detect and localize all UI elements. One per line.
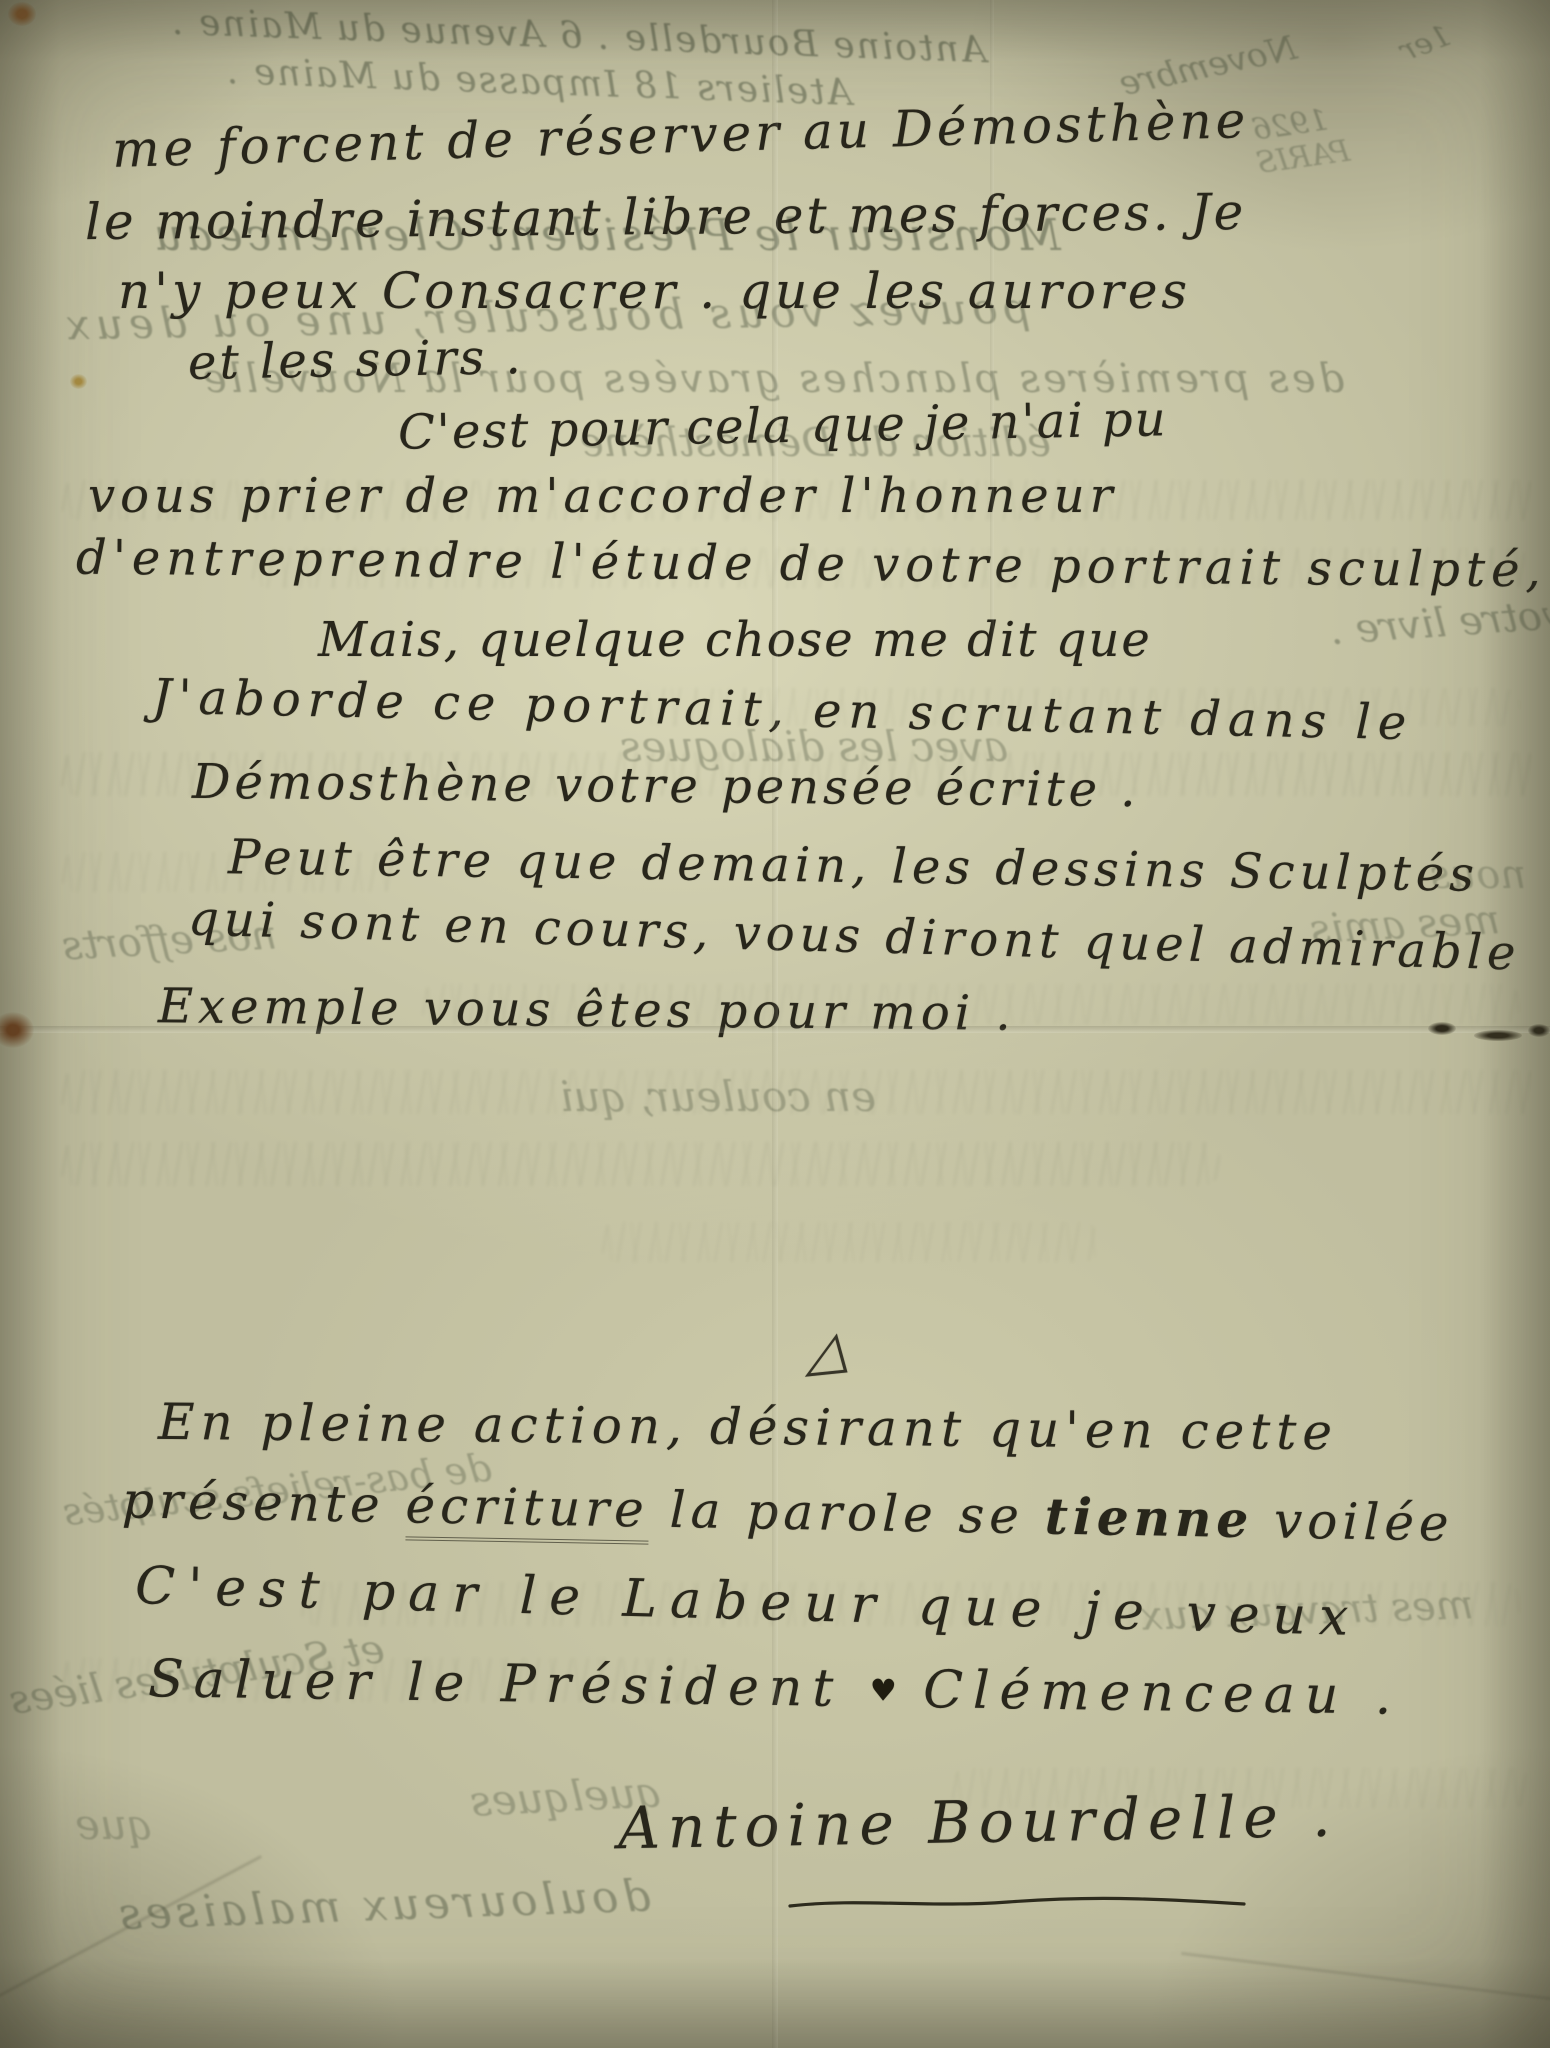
stain-spot: [70, 374, 87, 389]
stain-spot: [0, 1012, 34, 1048]
letter-line: vous prier de m'accorder l'honneur: [88, 468, 1118, 524]
stain-spot: [1428, 1022, 1456, 1035]
bleedthrough-date: 1er: [1396, 18, 1456, 68]
letter-line: le moindre instant libre et mes forces. …: [85, 183, 1247, 251]
bleedthrough-smudge: [600, 1222, 1100, 1262]
fold-crease-vertical: [772, 0, 778, 2048]
bleedthrough-line: douloureux malaises: [114, 1871, 651, 1941]
fold-crease-vertical: [990, 0, 994, 640]
fold-crease-diagonal: [1181, 1952, 1550, 2001]
letter-page: Antoine Bourdelle . 6 Avenue du Maine . …: [0, 0, 1550, 2048]
letter-line: d'entreprendre l'étude de votre portrait…: [76, 530, 1547, 599]
underlined-word: écriture: [405, 1476, 649, 1544]
letter-line: qui sont en cours, vous diront quel admi…: [187, 891, 1521, 982]
letter-line-text: Clémenceau .: [896, 1660, 1402, 1727]
signature-flourish: [788, 1894, 1248, 1914]
letter-line-text: la parole se: [648, 1481, 1045, 1546]
stain-spot: [1528, 1024, 1550, 1037]
letter-line: Démosthène votre pensée écrite .: [192, 754, 1140, 818]
letter-line: Peut être que demain, les dessins Sculpt…: [228, 829, 1480, 902]
bleedthrough-line: votre livre .: [1329, 592, 1550, 654]
letter-line: C'est pour cela que je n'ai pu: [398, 391, 1168, 460]
bleedthrough-line: que: [75, 1800, 154, 1849]
letter-line-text: voilée: [1253, 1491, 1454, 1552]
letter-line: présente écriture la parole se tienne vo…: [122, 1470, 1454, 1552]
ink-blot: ♥: [869, 1673, 896, 1708]
bleedthrough-smudge: [60, 1142, 1220, 1186]
letter-line-text: Saluer le Président: [148, 1649, 871, 1719]
letter-line-text: présente: [122, 1471, 407, 1534]
signature: Antoine Bourdelle .: [617, 1782, 1339, 1863]
stain-spot: [8, 2, 36, 26]
triangle-mark: △: [803, 1316, 862, 1383]
overwritten-word: tienne: [1044, 1486, 1253, 1549]
letter-line: En pleine action, désirant qu'en cette: [158, 1393, 1338, 1461]
bleedthrough-line: en couleur, qui: [560, 1072, 876, 1121]
letter-line: Mais, quelque chose me dit que: [318, 612, 1152, 668]
letter-line: et les soirs .: [188, 329, 525, 391]
stain-spot: [1474, 1030, 1522, 1041]
letter-line: n'y peux Consacrer . que les aurores: [118, 262, 1191, 320]
